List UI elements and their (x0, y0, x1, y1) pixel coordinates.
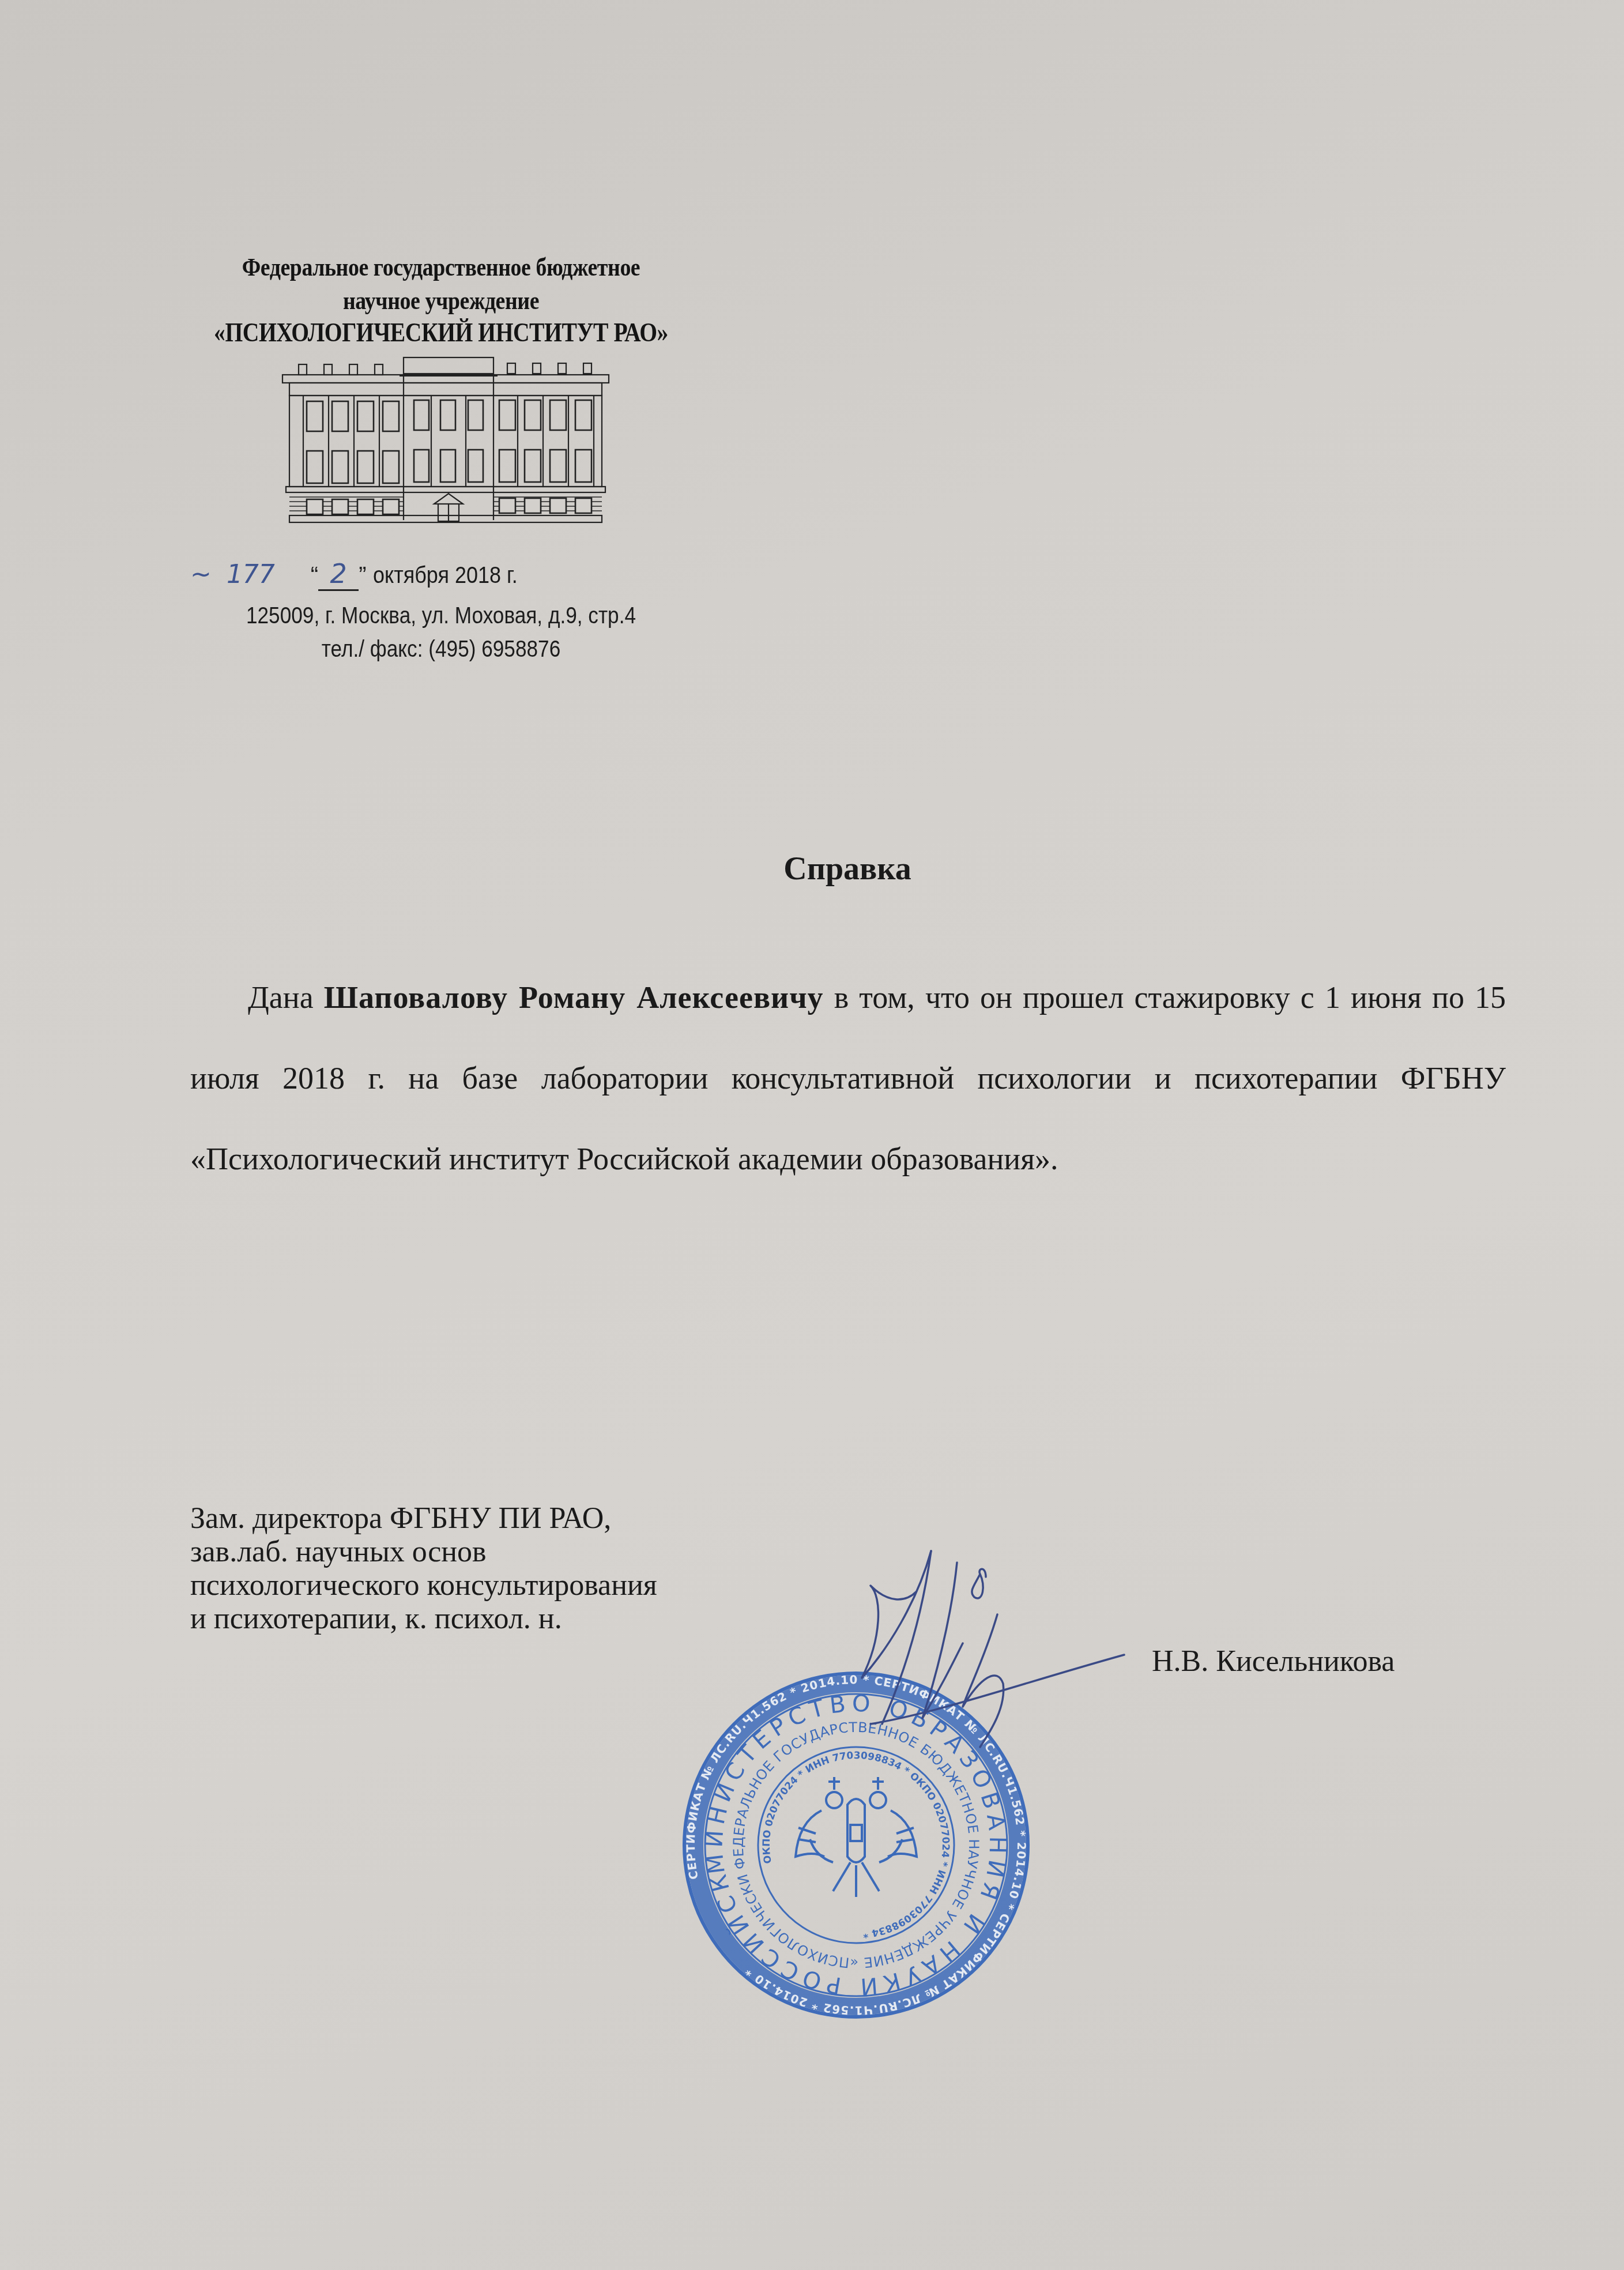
outgoing-number-prefix: ~ (190, 560, 212, 589)
org-address: 125009, г. Москва, ул. Моховая, д.9, стр… (205, 603, 677, 629)
org-name-line-1: Федеральное государственное бюджетное (210, 253, 672, 282)
body-lead: Дана (248, 980, 314, 1015)
signatory-position: Зам. директора ФГБНУ ПИ РАО, зав.лаб. на… (190, 1502, 657, 1636)
position-line-3: психологического консультирования (190, 1569, 657, 1602)
date-day-field: 2 (318, 558, 359, 591)
double-headed-eagle-icon (796, 1777, 917, 1897)
position-line-1: Зам. директора ФГБНУ ПИ РАО, (190, 1502, 657, 1535)
position-line-2: зав.лаб. научных основ (190, 1535, 657, 1569)
building-logo-icon (276, 353, 616, 526)
date-month-year: октября 2018 г. (373, 563, 518, 589)
outgoing-number-and-date: ~177“2” октября 2018 г. (190, 558, 533, 591)
outgoing-number: 177 (227, 560, 275, 589)
org-name-line-2: научное учреждение (210, 286, 672, 315)
certificate-body: Дана Шаповалову Роману Алексеевичу в том… (190, 957, 1506, 1199)
position-line-4: и психотерапии, к. психол. н. (190, 1602, 657, 1636)
document-title: Справка (0, 850, 1624, 887)
recipient-name: Шаповалову Роману Алексеевичу (324, 980, 824, 1015)
signer-name: Н.В. Кисельникова (1152, 1644, 1395, 1678)
org-name-line-3: «ПСИХОЛОГИЧЕСКИЙ ИНСТИТУТ РАО» (210, 317, 672, 348)
handwritten-signature (847, 1534, 1170, 1753)
org-phone-fax: тел./ факс: (495) 6958876 (205, 637, 677, 662)
